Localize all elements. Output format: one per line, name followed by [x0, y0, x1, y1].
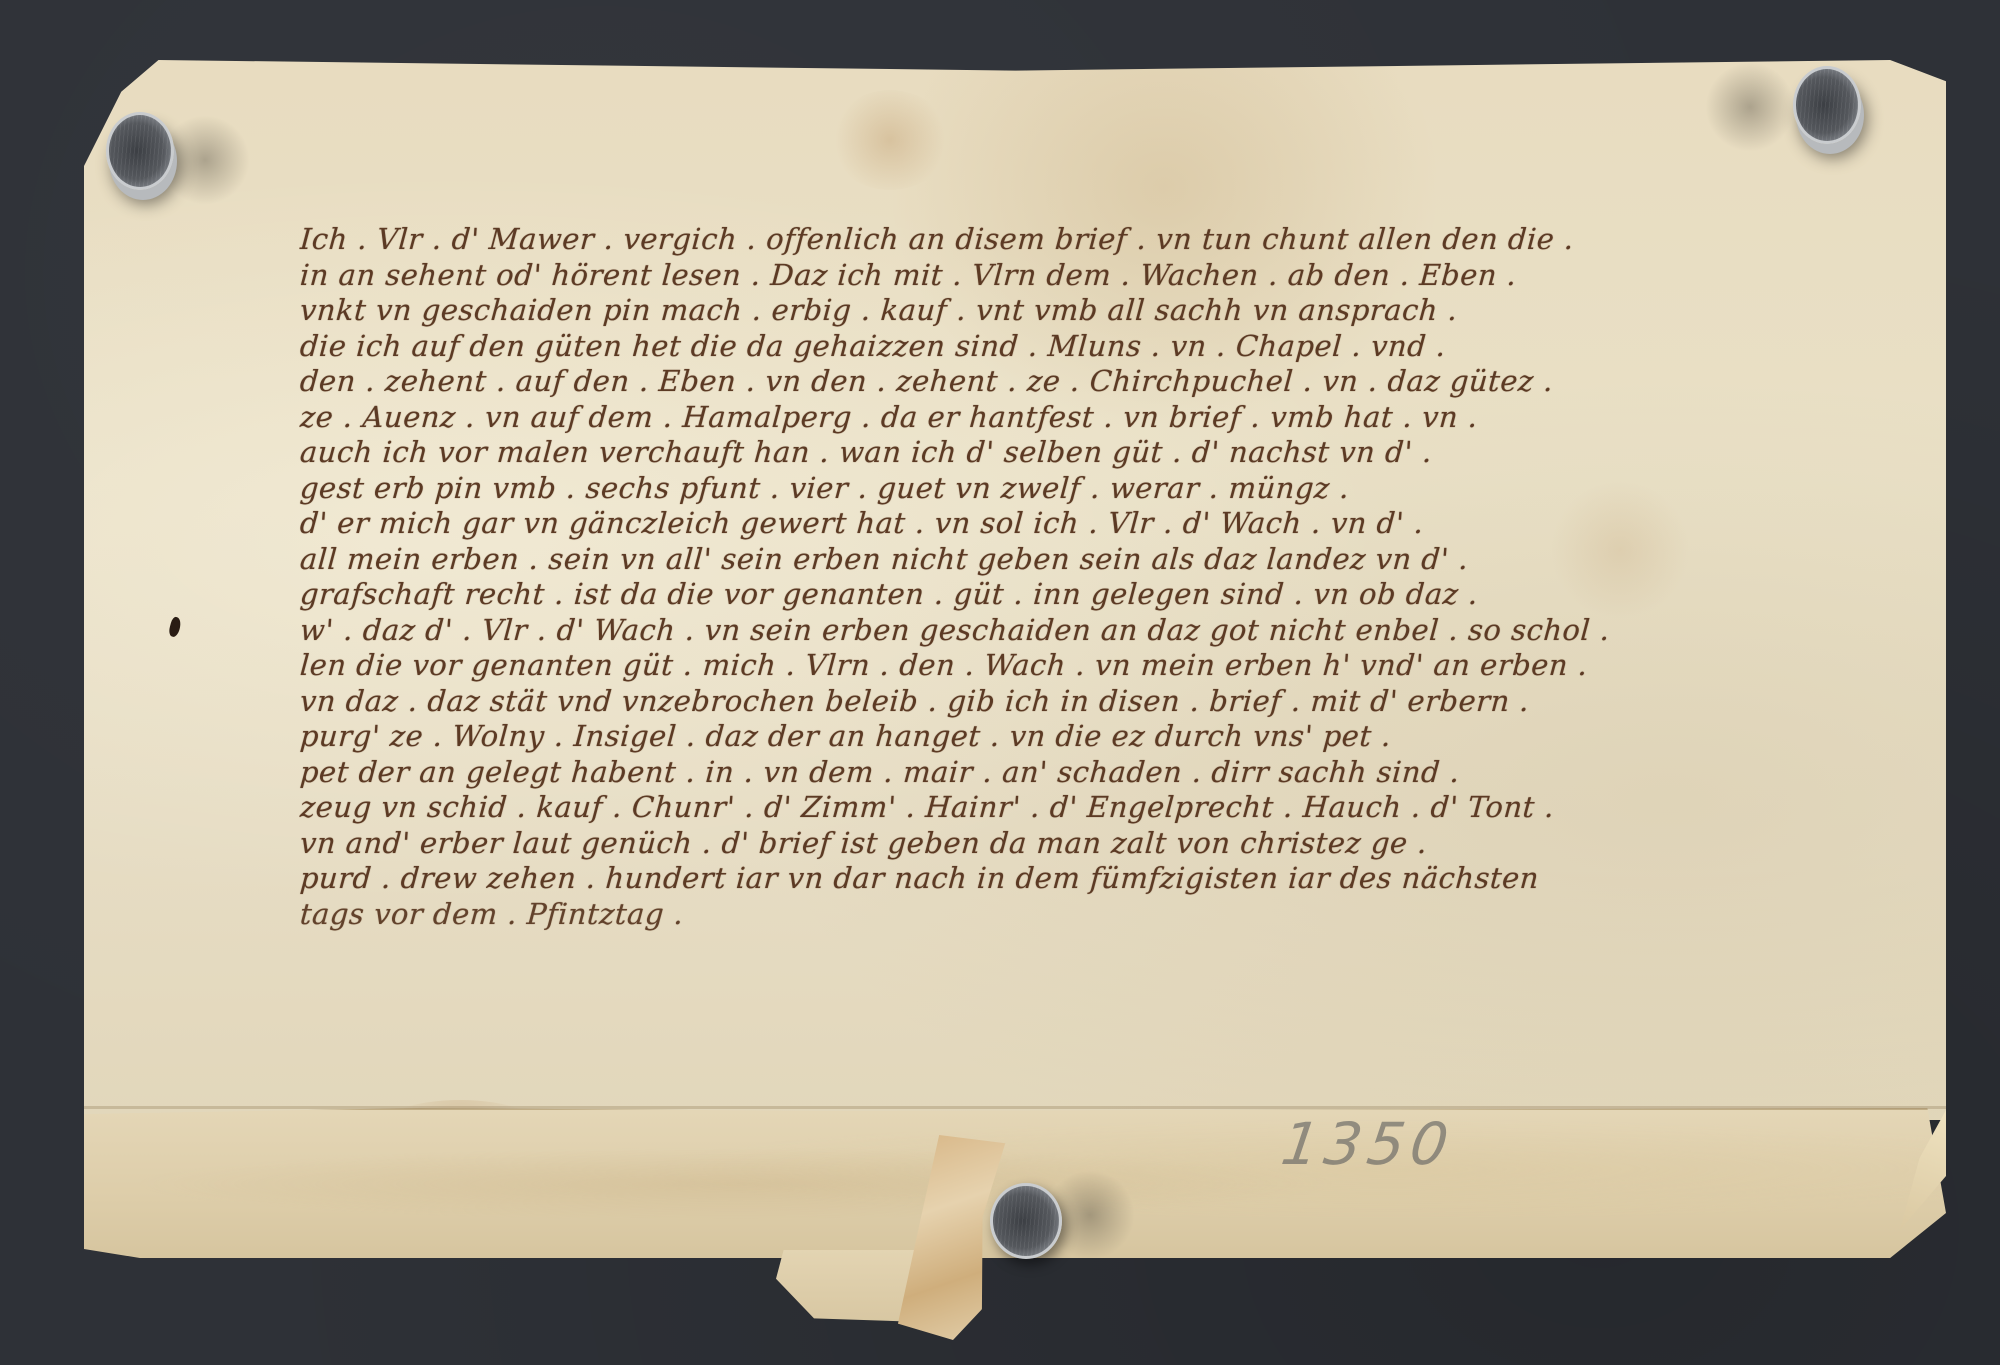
- text-line: vnkt vn geschaiden pin mach . erbig . ka…: [299, 293, 1861, 329]
- text-line: vn daz . daz stät vnd vnzebrochen beleib…: [299, 684, 1861, 720]
- text-line: d' er mich gar vn gänczleich gewert hat …: [299, 506, 1861, 542]
- text-line: purg' ze . Wolny . Insigel . daz der an …: [299, 719, 1861, 755]
- magnet-shadow: [1705, 62, 1795, 152]
- text-line: vn and' erber laut genüch . d' brief ist…: [299, 826, 1861, 862]
- text-line: grafschaft recht . ist da die vor genant…: [299, 577, 1861, 613]
- magnet-top-left-icon: [106, 112, 174, 190]
- text-line: ze . Auenz . vn auf dem . Hamalperg . da…: [299, 400, 1861, 436]
- text-line: len die vor genanten güt . mich . Vlrn .…: [299, 648, 1861, 684]
- magnet-top-right-icon: [1793, 66, 1861, 144]
- text-line: den . zehent . auf den . Eben . vn den .…: [299, 364, 1861, 400]
- stain: [830, 90, 950, 190]
- text-line: zeug vn schid . kauf . Chunr' . d' Zimm'…: [299, 790, 1861, 826]
- text-line: gest erb pin vmb . sechs pfunt . vier . …: [299, 471, 1861, 507]
- text-line: die ich auf den güten het die da gehaizz…: [299, 329, 1861, 365]
- magnet-shadow: [160, 115, 250, 205]
- text-line: all mein erben . sein vn all' sein erben…: [299, 542, 1861, 578]
- text-line: purd . drew zehen . hundert iar vn dar n…: [299, 861, 1861, 897]
- text-line: tags vor dem . Pfintztag .: [299, 897, 1861, 933]
- fold-line: [84, 1106, 1946, 1109]
- magnet-bottom-center-icon: [990, 1183, 1062, 1259]
- text-line: w' . daz d' . Vlr . d' Wach . vn sein er…: [299, 613, 1861, 649]
- text-line: in an sehent od' hörent lesen . Daz ich …: [299, 258, 1861, 294]
- charter-text: Ich . Vlr . d' Mawer . vergich . offenli…: [300, 222, 1860, 932]
- archival-date-pencil: 1350: [1277, 1110, 1458, 1178]
- text-line: auch ich vor malen verchauft han . wan i…: [299, 435, 1861, 471]
- text-line: pet der an gelegt habent . in . vn dem .…: [299, 755, 1861, 791]
- text-line: Ich . Vlr . d' Mawer . vergich . offenli…: [299, 222, 1861, 258]
